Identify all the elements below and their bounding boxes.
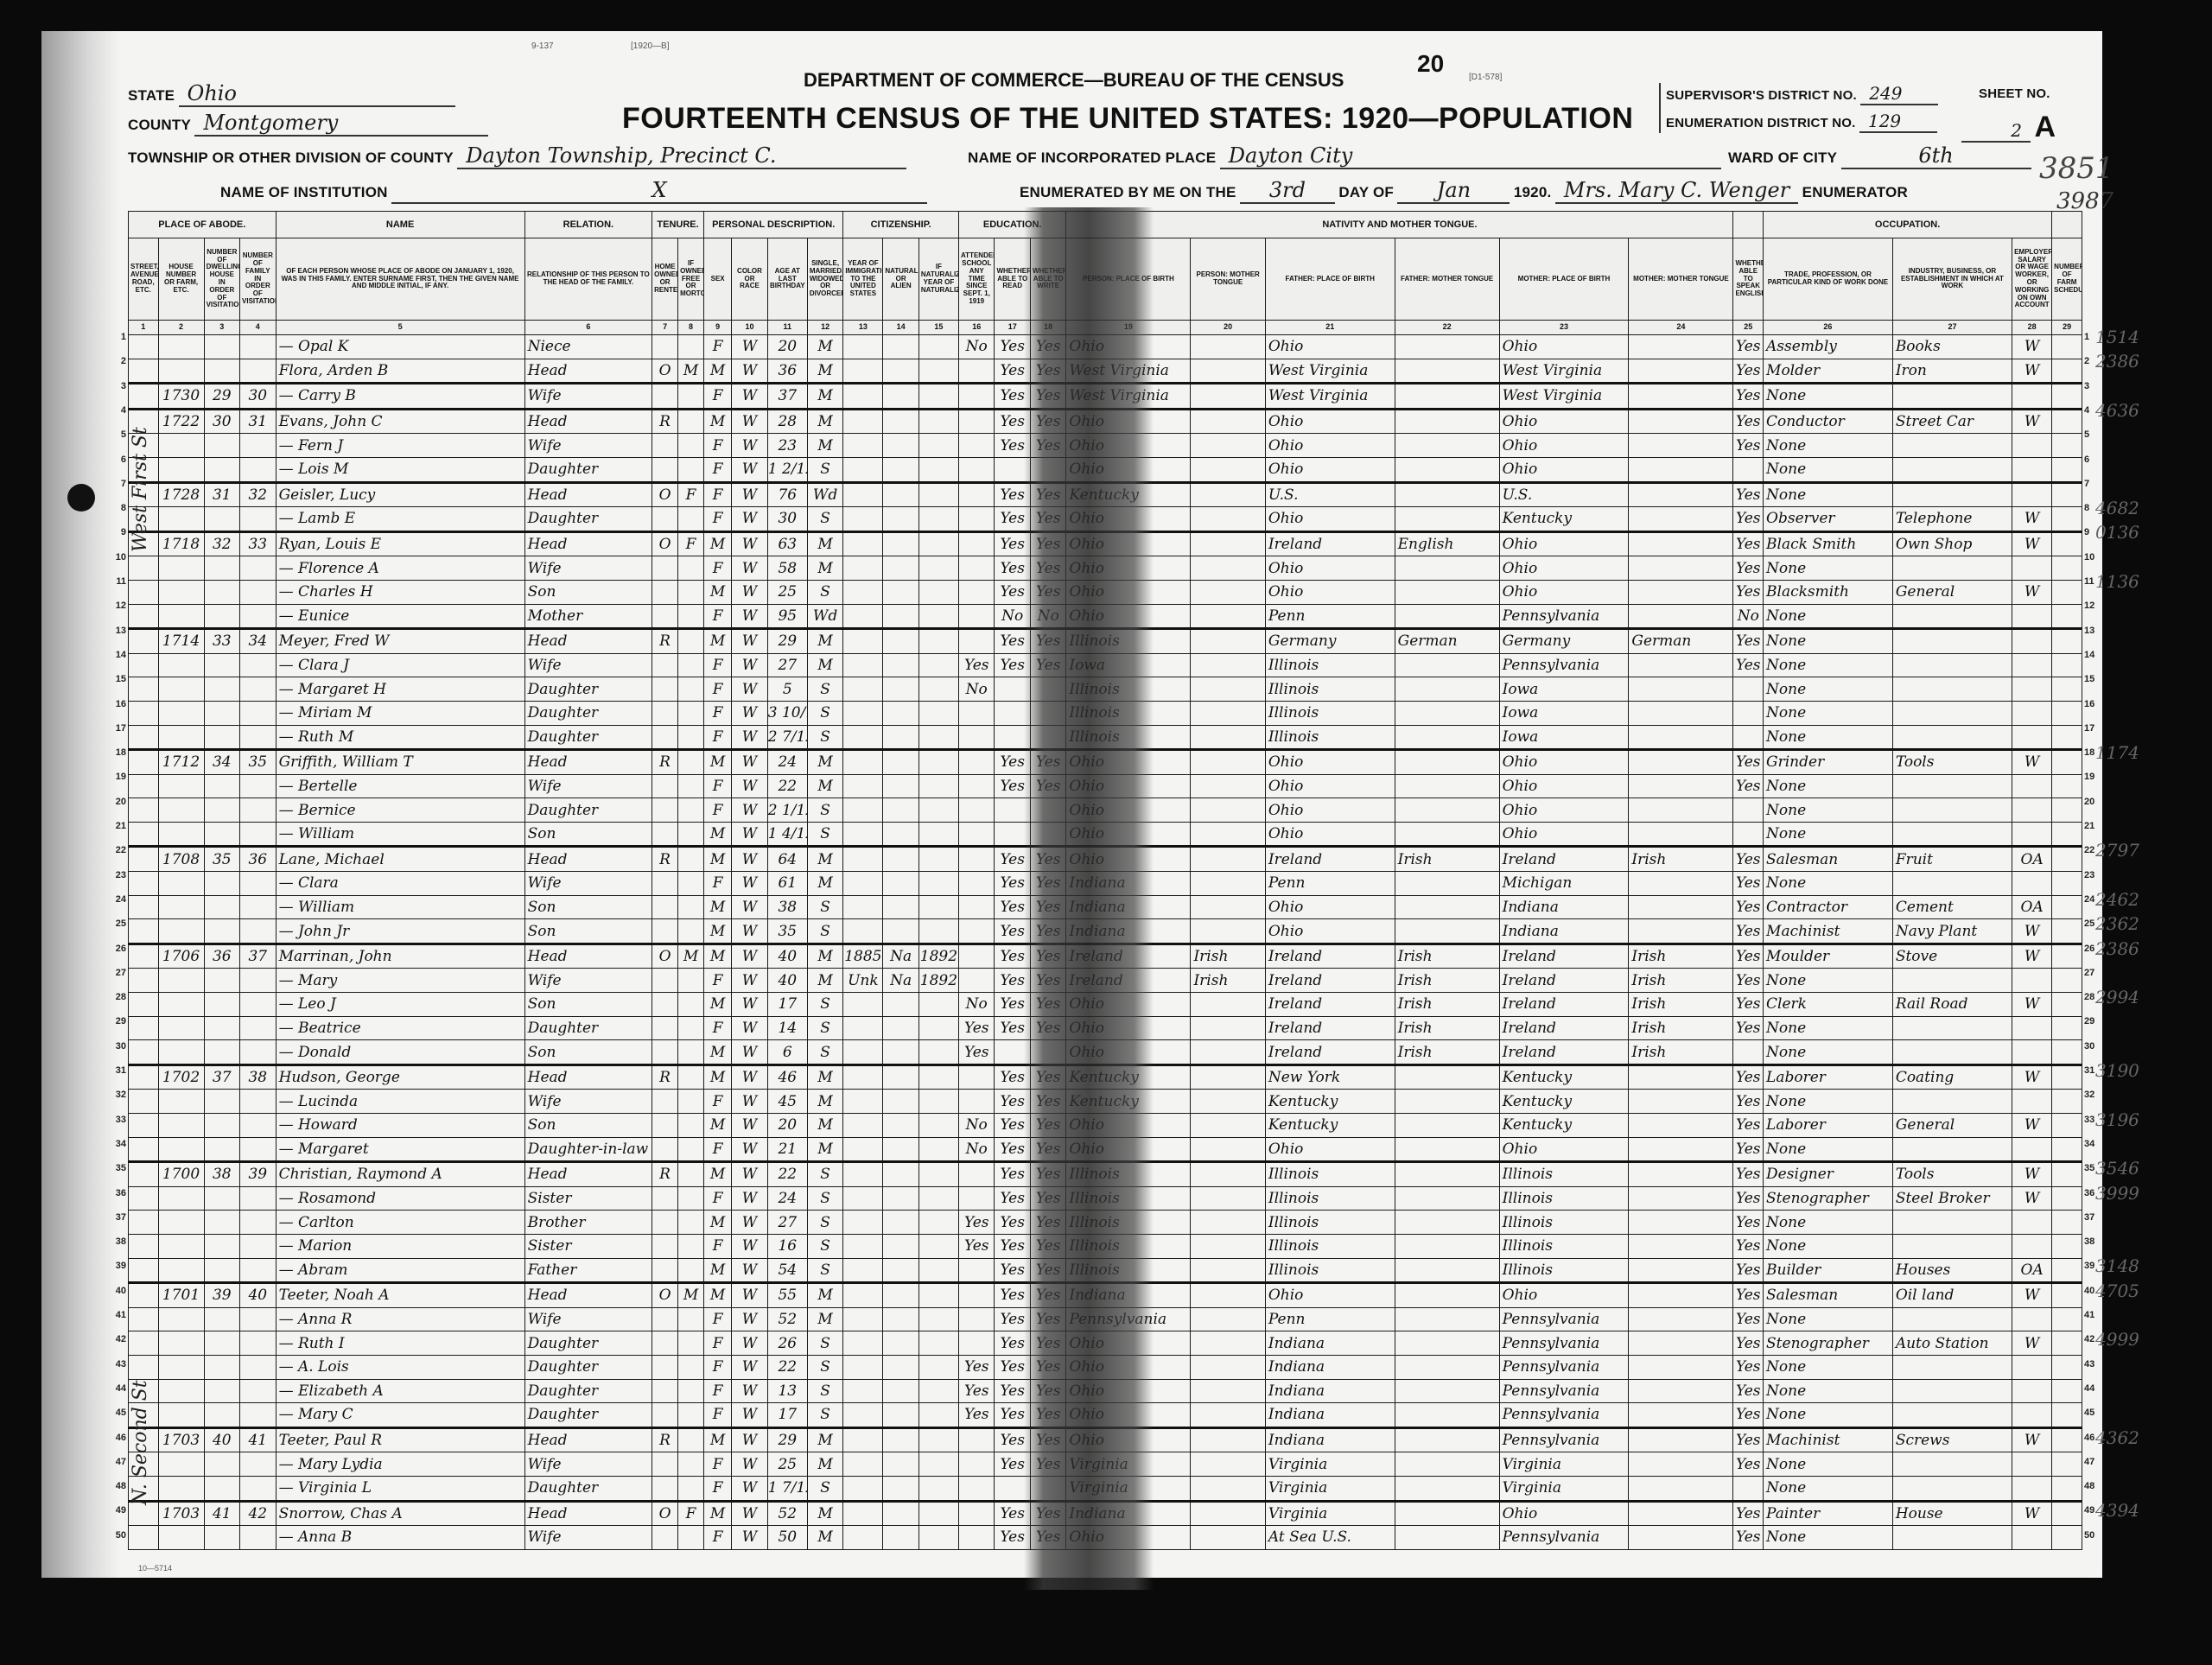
cell-race: W bbox=[732, 1090, 767, 1114]
cell-race: W bbox=[732, 701, 767, 725]
cell-farm bbox=[2052, 1476, 2082, 1501]
cell-house bbox=[158, 1307, 204, 1331]
cell-trade: None bbox=[1764, 434, 1893, 458]
cell-f-birth: West Virginia bbox=[1265, 384, 1395, 410]
cell-tongue bbox=[1191, 409, 1265, 434]
cell-street bbox=[129, 384, 159, 410]
cell-street bbox=[129, 993, 159, 1017]
cell-farm bbox=[2052, 725, 2082, 750]
cell-family bbox=[240, 1331, 276, 1356]
cell-farm bbox=[2052, 1379, 2082, 1403]
cell-owned bbox=[652, 919, 678, 944]
cell-read: Yes bbox=[995, 1211, 1030, 1235]
cell-marital: S bbox=[807, 895, 843, 919]
cell-birth: Ohio bbox=[1066, 1016, 1191, 1040]
county-value: Montgomery bbox=[194, 111, 488, 137]
cell-street bbox=[129, 653, 159, 677]
enumerated-day: 3rd bbox=[1240, 178, 1335, 204]
cell-relation: Daughter bbox=[524, 507, 652, 532]
cell-m-birth: Pennsylvania bbox=[1499, 1427, 1629, 1452]
cell-sex: F bbox=[704, 1379, 732, 1403]
cell-marital: M bbox=[807, 653, 843, 677]
cell-tongue bbox=[1191, 384, 1265, 410]
cell-read: Yes bbox=[995, 1234, 1030, 1258]
cell-age: 35 bbox=[767, 919, 807, 944]
line-number-left: 31 bbox=[112, 1065, 126, 1076]
cell-write: Yes bbox=[1030, 384, 1065, 410]
line-number-right: 43 bbox=[2084, 1359, 2094, 1369]
cell-natyear bbox=[918, 1501, 958, 1526]
cell-marital: S bbox=[807, 1234, 843, 1258]
cell-sex: F bbox=[704, 1403, 732, 1428]
census-row: — A. LoisDaughterFW22SYesYesYesOhioIndia… bbox=[129, 1355, 2082, 1379]
cell-school: Yes bbox=[959, 1040, 995, 1065]
cell-age: 61 bbox=[767, 872, 807, 896]
cell-industry bbox=[1892, 604, 2012, 629]
column-subheader-row: Street, avenue, road, etc.House number o… bbox=[129, 238, 2082, 321]
cell-english: Yes bbox=[1733, 872, 1764, 896]
cell-dwelling bbox=[204, 725, 239, 750]
form-code-right: [D1-578] bbox=[1469, 73, 1502, 82]
line-number-left: 34 bbox=[112, 1139, 126, 1149]
cell-owned bbox=[652, 725, 678, 750]
cell-relation: Wife bbox=[524, 1452, 652, 1477]
cell-sex: F bbox=[704, 335, 732, 359]
cell-industry: Screws bbox=[1892, 1427, 2012, 1452]
cell-house bbox=[158, 1114, 204, 1138]
line-number-right: 33 bbox=[2084, 1115, 2094, 1125]
cell-age: 1 4/12 bbox=[767, 822, 807, 847]
enumerated-label: Enumerated by me on the bbox=[1020, 184, 1236, 200]
cell-nat bbox=[883, 725, 918, 750]
cell-race: W bbox=[732, 580, 767, 604]
cell-farm bbox=[2052, 604, 2082, 629]
column-header-17: Whether able to read bbox=[995, 238, 1030, 321]
cell-immig bbox=[843, 359, 883, 384]
cell-house bbox=[158, 701, 204, 725]
group-education: Education. bbox=[959, 212, 1066, 238]
cell-sex: F bbox=[704, 969, 732, 993]
cell-english: Yes bbox=[1733, 750, 1764, 775]
cell-farm bbox=[2052, 1427, 2082, 1452]
institution-label: Name of Institution bbox=[220, 184, 388, 200]
cell-natyear bbox=[918, 822, 958, 847]
cell-read: Yes bbox=[995, 774, 1030, 798]
cell-f-birth: At Sea U.S. bbox=[1265, 1526, 1395, 1550]
cell-farm bbox=[2052, 335, 2082, 359]
cell-house bbox=[158, 604, 204, 629]
state-label: State bbox=[128, 87, 175, 104]
cell-mortgage bbox=[678, 677, 704, 702]
column-header-21: Father: Place of birth bbox=[1265, 238, 1395, 321]
census-row: — Anna BWifeFW50MYesYesOhioAt Sea U.S.Pe… bbox=[129, 1526, 2082, 1550]
cell-industry bbox=[1892, 556, 2012, 581]
cell-school bbox=[959, 359, 995, 384]
county-field: County Montgomery bbox=[128, 111, 488, 137]
cell-f-birth: Penn bbox=[1265, 1307, 1395, 1331]
census-row: — WilliamSonMW1 4/12SOhioOhioOhioNone bbox=[129, 822, 2082, 847]
cell-relation: Head bbox=[524, 1283, 652, 1308]
census-row: 17034142Snorrow, Chas AHeadOFMW52MYesYes… bbox=[129, 1501, 2082, 1526]
cell-read bbox=[995, 1476, 1030, 1501]
cell-m-tongue bbox=[1629, 1331, 1733, 1356]
cell-relation: Wife bbox=[524, 434, 652, 458]
cell-relation: Daughter bbox=[524, 701, 652, 725]
cell-trade: Stenographer bbox=[1764, 1331, 1893, 1356]
cell-sex: M bbox=[704, 895, 732, 919]
cell-f-birth: Virginia bbox=[1265, 1476, 1395, 1501]
cell-school bbox=[959, 1283, 995, 1308]
cell-mortgage bbox=[678, 774, 704, 798]
cell-owned bbox=[652, 993, 678, 1017]
column-header-9: Sex bbox=[704, 238, 732, 321]
cell-nat bbox=[883, 384, 918, 410]
cell-m-tongue: Irish bbox=[1629, 993, 1733, 1017]
cell-m-tongue bbox=[1629, 1186, 1733, 1211]
cell-dwelling: 35 bbox=[204, 847, 239, 872]
line-number-right: 34 bbox=[2084, 1139, 2094, 1149]
cell-marital: M bbox=[807, 944, 843, 969]
cell-tongue bbox=[1191, 1137, 1265, 1162]
cell-m-birth: Ohio bbox=[1499, 750, 1629, 775]
census-row: — Ruth MDaughterFW2 7/12SIllinoisIllinoi… bbox=[129, 725, 2082, 750]
cell-read: Yes bbox=[995, 1307, 1030, 1331]
cell-house: 1702 bbox=[158, 1064, 204, 1090]
cell-write: Yes bbox=[1030, 1162, 1065, 1187]
cell-dwelling bbox=[204, 1016, 239, 1040]
cell-immig bbox=[843, 798, 883, 823]
cell-write bbox=[1030, 677, 1065, 702]
cell-dwelling bbox=[204, 359, 239, 384]
cell-tongue bbox=[1191, 359, 1265, 384]
cell-immig bbox=[843, 919, 883, 944]
cell-race: W bbox=[732, 725, 767, 750]
cell-natyear bbox=[918, 1016, 958, 1040]
cell-write: Yes bbox=[1030, 580, 1065, 604]
cell-write: Yes bbox=[1030, 1379, 1065, 1403]
cell-owned bbox=[652, 1040, 678, 1065]
cell-industry: General bbox=[1892, 1114, 2012, 1138]
cell-natyear bbox=[918, 629, 958, 654]
cell-dwelling: 30 bbox=[204, 409, 239, 434]
cell-name: — Rosamond bbox=[276, 1186, 524, 1211]
cell-natyear bbox=[918, 1090, 958, 1114]
cell-relation: Mother bbox=[524, 604, 652, 629]
cell-f-birth: Illinois bbox=[1265, 1234, 1395, 1258]
cell-f-birth: Penn bbox=[1265, 604, 1395, 629]
cell-f-birth: West Virginia bbox=[1265, 359, 1395, 384]
cell-f-tongue bbox=[1395, 434, 1499, 458]
cell-trade: None bbox=[1764, 1307, 1893, 1331]
cell-f-tongue: German bbox=[1395, 629, 1499, 654]
cell-family bbox=[240, 919, 276, 944]
cell-owned bbox=[652, 1234, 678, 1258]
cell-industry: Rail Road bbox=[1892, 993, 2012, 1017]
cell-class: W bbox=[2012, 1331, 2052, 1356]
cell-immig bbox=[843, 1064, 883, 1090]
cell-m-tongue bbox=[1629, 1211, 1733, 1235]
cell-mortgage bbox=[678, 1234, 704, 1258]
cell-tongue bbox=[1191, 556, 1265, 581]
cell-class: W bbox=[2012, 409, 2052, 434]
cell-marital: S bbox=[807, 677, 843, 702]
cell-age: 14 bbox=[767, 1016, 807, 1040]
cell-age: 21 bbox=[767, 1137, 807, 1162]
cell-immig bbox=[843, 482, 883, 507]
column-number-2: 2 bbox=[158, 321, 204, 335]
cell-class: W bbox=[2012, 335, 2052, 359]
line-number-left: 19 bbox=[112, 772, 126, 782]
cell-f-birth: Illinois bbox=[1265, 1258, 1395, 1283]
cell-industry bbox=[1892, 701, 2012, 725]
cell-read: Yes bbox=[995, 847, 1030, 872]
cell-birth: Indiana bbox=[1066, 872, 1191, 896]
district-box: Supervisor's District No. 249 Enumeratio… bbox=[1659, 83, 1938, 133]
line-number-left: 2 bbox=[112, 356, 126, 366]
cell-street bbox=[129, 1114, 159, 1138]
cell-relation: Father bbox=[524, 1258, 652, 1283]
cell-class bbox=[2012, 1452, 2052, 1477]
cell-owned bbox=[652, 822, 678, 847]
cell-dwelling: 34 bbox=[204, 750, 239, 775]
cell-name: — Opal K bbox=[276, 335, 524, 359]
line-number-left: 43 bbox=[112, 1359, 126, 1369]
sheet-number-field: 2 A bbox=[1961, 111, 2056, 144]
incorporated-place-value: Dayton City bbox=[1220, 143, 1721, 169]
cell-mortgage bbox=[678, 507, 704, 532]
cell-nat bbox=[883, 653, 918, 677]
cell-house: 1703 bbox=[158, 1427, 204, 1452]
group-occupation: Occupation. bbox=[1764, 212, 2052, 238]
cell-owned bbox=[652, 1186, 678, 1211]
line-number-left: 22 bbox=[112, 845, 126, 855]
cell-write: Yes bbox=[1030, 1355, 1065, 1379]
cell-f-birth: Indiana bbox=[1265, 1403, 1395, 1428]
cell-trade: None bbox=[1764, 482, 1893, 507]
cell-family: 40 bbox=[240, 1283, 276, 1308]
cell-family bbox=[240, 969, 276, 993]
line-number-right: 48 bbox=[2084, 1481, 2094, 1491]
cell-race: W bbox=[732, 1307, 767, 1331]
cell-mortgage bbox=[678, 384, 704, 410]
cell-name: — Anna B bbox=[276, 1526, 524, 1550]
cell-english: Yes bbox=[1733, 1234, 1764, 1258]
cell-mortgage bbox=[678, 969, 704, 993]
cell-trade: Molder bbox=[1764, 359, 1893, 384]
margin-code-note: 3148 bbox=[2095, 1255, 2139, 1276]
cell-m-tongue bbox=[1629, 1307, 1733, 1331]
line-number-right: 42 bbox=[2084, 1334, 2094, 1344]
cell-natyear bbox=[918, 872, 958, 896]
cell-natyear bbox=[918, 1452, 958, 1477]
cell-write: Yes bbox=[1030, 335, 1065, 359]
cell-f-tongue bbox=[1395, 1526, 1499, 1550]
cell-immig bbox=[843, 1283, 883, 1308]
cell-tongue: Irish bbox=[1191, 969, 1265, 993]
cell-m-birth: Michigan bbox=[1499, 872, 1629, 896]
cell-write: Yes bbox=[1030, 434, 1065, 458]
cell-nat bbox=[883, 531, 918, 556]
cell-mortgage: M bbox=[678, 944, 704, 969]
cell-relation: Head bbox=[524, 847, 652, 872]
cell-age: 46 bbox=[767, 1064, 807, 1090]
cell-industry bbox=[1892, 1452, 2012, 1477]
cell-farm bbox=[2052, 1283, 2082, 1308]
cell-trade: Assembly bbox=[1764, 335, 1893, 359]
cell-farm bbox=[2052, 872, 2082, 896]
cell-house bbox=[158, 653, 204, 677]
cell-english: Yes bbox=[1733, 895, 1764, 919]
cell-immig bbox=[843, 847, 883, 872]
cell-class bbox=[2012, 1211, 2052, 1235]
cell-industry bbox=[1892, 798, 2012, 823]
cell-dwelling: 40 bbox=[204, 1427, 239, 1452]
cell-natyear bbox=[918, 1137, 958, 1162]
cell-class bbox=[2012, 872, 2052, 896]
cell-nat bbox=[883, 1526, 918, 1550]
cell-read: Yes bbox=[995, 1090, 1030, 1114]
cell-street bbox=[129, 580, 159, 604]
cell-relation: Son bbox=[524, 919, 652, 944]
cell-class: W bbox=[2012, 1501, 2052, 1526]
cell-sex: M bbox=[704, 409, 732, 434]
column-header-10: Color or race bbox=[732, 238, 767, 321]
cell-f-tongue bbox=[1395, 580, 1499, 604]
cell-m-tongue bbox=[1629, 1234, 1733, 1258]
cell-f-tongue bbox=[1395, 335, 1499, 359]
cell-f-tongue bbox=[1395, 1211, 1499, 1235]
line-number-right: 11 bbox=[2084, 576, 2094, 587]
cell-read: Yes bbox=[995, 1258, 1030, 1283]
cell-english: Yes bbox=[1733, 580, 1764, 604]
cell-write: No bbox=[1030, 604, 1065, 629]
cell-race: W bbox=[732, 1186, 767, 1211]
line-number-left: 46 bbox=[112, 1433, 126, 1443]
cell-marital: S bbox=[807, 798, 843, 823]
cell-write: Yes bbox=[1030, 750, 1065, 775]
cell-relation: Wife bbox=[524, 969, 652, 993]
line-number-left: 47 bbox=[112, 1457, 126, 1467]
cell-industry bbox=[1892, 1137, 2012, 1162]
cell-relation: Sister bbox=[524, 1234, 652, 1258]
cell-name: Teeter, Noah A bbox=[276, 1283, 524, 1308]
cell-industry bbox=[1892, 677, 2012, 702]
cell-dwelling bbox=[204, 457, 239, 482]
cell-f-birth: Illinois bbox=[1265, 677, 1395, 702]
cell-f-birth: Ohio bbox=[1265, 335, 1395, 359]
cell-f-tongue bbox=[1395, 1114, 1499, 1138]
cell-tongue bbox=[1191, 1040, 1265, 1065]
cell-english: Yes bbox=[1733, 1403, 1764, 1428]
cell-write: Yes bbox=[1030, 531, 1065, 556]
cell-relation: Son bbox=[524, 822, 652, 847]
cell-m-tongue bbox=[1629, 384, 1733, 410]
cell-nat bbox=[883, 895, 918, 919]
cell-f-tongue bbox=[1395, 1090, 1499, 1114]
cell-english: Yes bbox=[1733, 409, 1764, 434]
cell-natyear bbox=[918, 725, 958, 750]
cell-english: Yes bbox=[1733, 653, 1764, 677]
cell-trade: Laborer bbox=[1764, 1064, 1893, 1090]
cell-write: Yes bbox=[1030, 1137, 1065, 1162]
cell-sex: F bbox=[704, 653, 732, 677]
cell-trade: None bbox=[1764, 1211, 1893, 1235]
cell-read: Yes bbox=[995, 872, 1030, 896]
cell-tongue bbox=[1191, 1064, 1265, 1090]
cell-nat bbox=[883, 359, 918, 384]
sheet-number-label: Sheet No. bbox=[1979, 86, 2050, 102]
cell-name: — Margaret H bbox=[276, 677, 524, 702]
cell-english bbox=[1733, 677, 1764, 702]
cell-m-birth: Virginia bbox=[1499, 1476, 1629, 1501]
cell-race: W bbox=[732, 993, 767, 1017]
cell-name: Marrinan, John bbox=[276, 944, 524, 969]
cell-school bbox=[959, 457, 995, 482]
cell-immig bbox=[843, 1090, 883, 1114]
cell-class bbox=[2012, 725, 2052, 750]
cell-class bbox=[2012, 774, 2052, 798]
cell-class bbox=[2012, 653, 2052, 677]
cell-sex: F bbox=[704, 384, 732, 410]
cell-family bbox=[240, 701, 276, 725]
cell-m-tongue: Irish bbox=[1629, 1040, 1733, 1065]
cell-read: No bbox=[995, 604, 1030, 629]
margin-code-note: 2386 bbox=[2095, 938, 2139, 959]
cell-trade: None bbox=[1764, 1452, 1893, 1477]
cell-birth: Ohio bbox=[1066, 335, 1191, 359]
cell-farm bbox=[2052, 1211, 2082, 1235]
cell-immig bbox=[843, 1427, 883, 1452]
cell-relation: Daughter bbox=[524, 1016, 652, 1040]
cell-house bbox=[158, 1526, 204, 1550]
column-number-14: 14 bbox=[883, 321, 918, 335]
ward-label: Ward of city bbox=[1728, 149, 1837, 166]
cell-marital: M bbox=[807, 556, 843, 581]
column-header-16: Attended school any time since Sept. 1, … bbox=[959, 238, 995, 321]
cell-school bbox=[959, 798, 995, 823]
cell-class bbox=[2012, 677, 2052, 702]
cell-natyear bbox=[918, 993, 958, 1017]
cell-class bbox=[2012, 556, 2052, 581]
cell-dwelling bbox=[204, 993, 239, 1017]
census-row: — MarionSisterFW16SYesYesYesIllinoisIlli… bbox=[129, 1234, 2082, 1258]
cell-farm bbox=[2052, 507, 2082, 532]
census-row: — BerniceDaughterFW2 1/12SOhioOhioOhioNo… bbox=[129, 798, 2082, 823]
census-row: — Lois MDaughterFW1 2/12SOhioOhioOhioNon… bbox=[129, 457, 2082, 482]
cell-m-tongue bbox=[1629, 1090, 1733, 1114]
cell-relation: Head bbox=[524, 409, 652, 434]
cell-house bbox=[158, 872, 204, 896]
cell-class bbox=[2012, 1355, 2052, 1379]
cell-immig: Unk bbox=[843, 969, 883, 993]
day-of-label: day of bbox=[1338, 184, 1394, 200]
cell-race: W bbox=[732, 919, 767, 944]
cell-read: Yes bbox=[995, 507, 1030, 532]
cell-m-birth: Ohio bbox=[1499, 556, 1629, 581]
margin-code-note: 4682 bbox=[2095, 498, 2139, 518]
cell-write bbox=[1030, 1476, 1065, 1501]
census-row: — Fern JWifeFW23MYesYesOhioOhioOhioYesNo… bbox=[129, 434, 2082, 458]
cell-sex: F bbox=[704, 1452, 732, 1477]
cell-house bbox=[158, 1403, 204, 1428]
cell-immig bbox=[843, 1162, 883, 1187]
cell-farm bbox=[2052, 919, 2082, 944]
cell-owned: O bbox=[652, 482, 678, 507]
cell-mortgage bbox=[678, 1355, 704, 1379]
cell-class: OA bbox=[2012, 895, 2052, 919]
cell-f-tongue bbox=[1395, 1355, 1499, 1379]
cell-read: Yes bbox=[995, 1452, 1030, 1477]
